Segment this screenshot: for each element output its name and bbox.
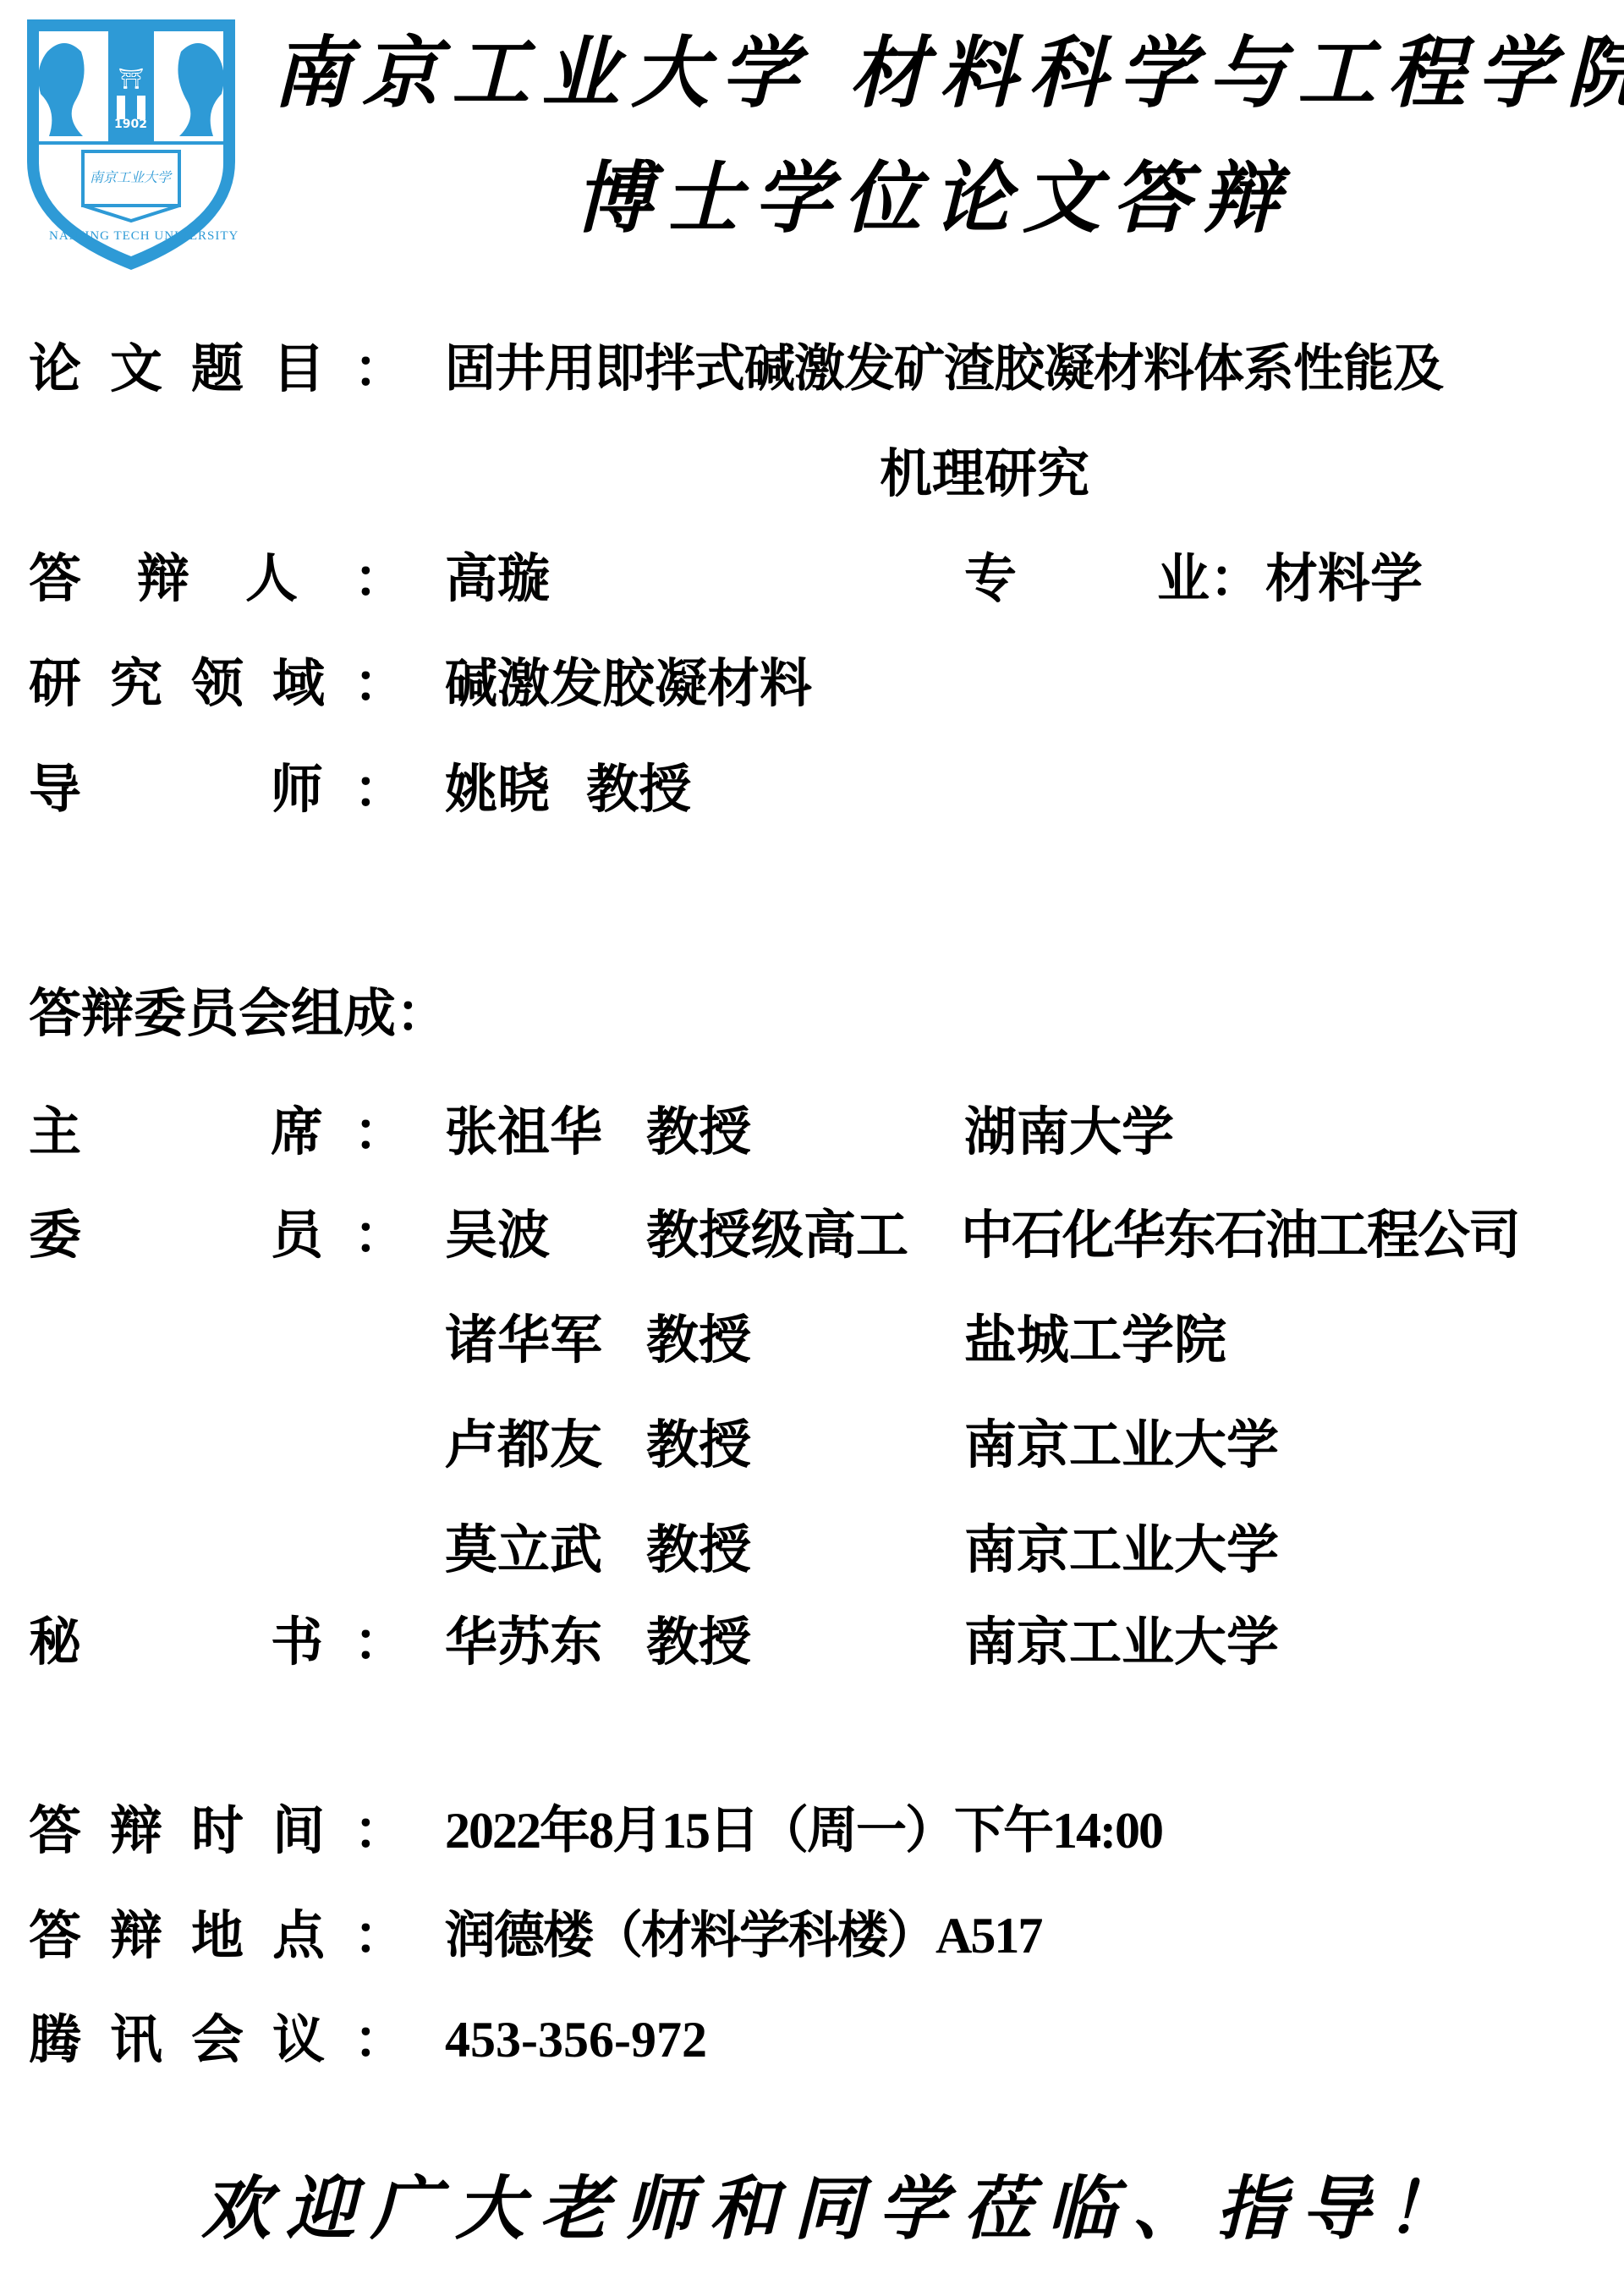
member-name: 吴波: [445, 1205, 550, 1266]
colon: ：: [1210, 548, 1262, 609]
welcome-footer: 欢迎广大老师和同学莅临、指导！: [201, 2154, 1470, 2253]
logo-year: 1902: [114, 118, 147, 131]
field-value: 碱激发胶凝材料: [445, 653, 812, 714]
label-char: 间: [272, 1800, 325, 1861]
label-char: 腾: [29, 2009, 81, 2070]
thesis-label: 论 文 题 目 ：: [29, 338, 406, 399]
svg-text:⛩: ⛩: [118, 67, 144, 91]
colon: ：: [354, 653, 406, 714]
label-char: 论: [29, 338, 81, 399]
secretary-title: 教授: [646, 1612, 751, 1673]
member-name: 莫立武: [445, 1519, 602, 1580]
member-name: 诸华军: [445, 1310, 602, 1370]
colon: ：: [354, 1800, 406, 1861]
label-char: 地: [191, 1905, 244, 1966]
university-logo: ⛩ 1902 南京工业大学 NANJING TECH UNIVERSITY: [24, 18, 239, 272]
label-char: 专: [964, 548, 1017, 609]
label-char: 人: [245, 548, 298, 609]
label-char: 师: [271, 759, 323, 820]
label-char: 议: [272, 2009, 325, 2070]
major-label: 专 业：: [964, 548, 1262, 609]
label-char: 会: [191, 2009, 244, 2070]
candidate-label: 答 辩 人 ：: [29, 548, 406, 609]
label-char: 究: [110, 653, 162, 714]
member-title: 教授级高工: [646, 1205, 908, 1266]
advisor-value: 姚晓 教授: [445, 759, 691, 820]
secretary-label: 秘 书 ：: [29, 1612, 406, 1673]
label-char: 辩: [110, 1800, 162, 1861]
title-line2: 博士学位论文答辩: [574, 159, 1292, 237]
chair-affiliation: 湖南大学: [964, 1101, 1174, 1162]
thesis-title: 固井用即拌式碱激发矿渣胶凝材料体系性能及: [445, 338, 1443, 399]
major-value: 材料学: [1265, 548, 1423, 609]
chair-name: 张祖华: [445, 1101, 602, 1162]
colon: ：: [354, 1205, 406, 1266]
member-title: 教授: [646, 1414, 751, 1475]
members-label: 委 员 ：: [29, 1205, 406, 1266]
member-title: 教授: [646, 1519, 751, 1580]
colon: ：: [354, 1101, 406, 1162]
title-line1: 南京工业大学 材料科学与工程学院: [272, 34, 1624, 112]
time-label: 答 辩 时 间 ：: [29, 1800, 406, 1861]
label-char: 题: [191, 338, 244, 399]
member-affiliation: 中石化华东石油工程公司: [961, 1205, 1519, 1266]
secretary-name: 华苏东: [445, 1612, 602, 1673]
label-char: 研: [29, 653, 81, 714]
colon: ：: [354, 338, 406, 399]
label-char: 业: [1157, 548, 1210, 609]
label-char: 领: [191, 653, 244, 714]
label-char: 点: [272, 1905, 325, 1966]
logo-cn-name: 南京工业大学: [90, 167, 171, 186]
member-name: 卢都友: [445, 1414, 602, 1475]
member-affiliation: 盐城工学院: [964, 1310, 1226, 1370]
label-char: 答: [29, 548, 81, 609]
label-char: 时: [191, 1800, 244, 1861]
label-char: 主: [29, 1101, 81, 1162]
label-char: 委: [29, 1205, 81, 1266]
member-affiliation: 南京工业大学: [964, 1519, 1279, 1580]
meeting-id: 453-356-972: [445, 2009, 707, 2070]
candidate-name: 高璇: [445, 548, 550, 609]
committee-heading: 答辩委员会组成：: [29, 983, 448, 1044]
defense-place: 润德楼（材料学科楼）A517: [445, 1905, 1041, 1966]
secretary-affiliation: 南京工业大学: [964, 1612, 1279, 1673]
thesis-title-cont: 机理研究: [880, 443, 1089, 504]
defense-time: 2022年8月15日（周一）下午14:00: [445, 1800, 1162, 1861]
member-affiliation: 南京工业大学: [964, 1414, 1279, 1475]
colon: ：: [354, 1905, 406, 1966]
label-char: 辩: [137, 548, 189, 609]
chair-label: 主 席 ：: [29, 1101, 406, 1162]
advisor-label: 导 师 ：: [29, 759, 406, 820]
field-label: 研 究 领 域 ：: [29, 653, 406, 714]
label-char: 导: [29, 759, 81, 820]
colon: ：: [354, 2009, 406, 2070]
label-char: 员: [271, 1205, 323, 1266]
colon: ：: [354, 548, 406, 609]
colon: ：: [354, 1612, 406, 1673]
label-char: 文: [110, 338, 162, 399]
label-char: 答: [29, 1905, 81, 1966]
label-char: 目: [272, 338, 325, 399]
member-title: 教授: [646, 1310, 751, 1370]
label-char: 书: [271, 1612, 323, 1673]
colon: ：: [354, 759, 406, 820]
label-char: 辩: [110, 1905, 162, 1966]
label-char: 席: [271, 1101, 323, 1162]
label-char: 域: [272, 653, 325, 714]
label-char: 答: [29, 1800, 81, 1861]
label-char: 讯: [110, 2009, 162, 2070]
place-label: 答 辩 地 点 ：: [29, 1905, 406, 1966]
chair-title: 教授: [646, 1101, 751, 1162]
logo-en-name: NANJING TECH UNIVERSITY: [49, 229, 239, 244]
meeting-label: 腾 讯 会 议 ：: [29, 2009, 406, 2070]
label-char: 秘: [29, 1612, 81, 1673]
